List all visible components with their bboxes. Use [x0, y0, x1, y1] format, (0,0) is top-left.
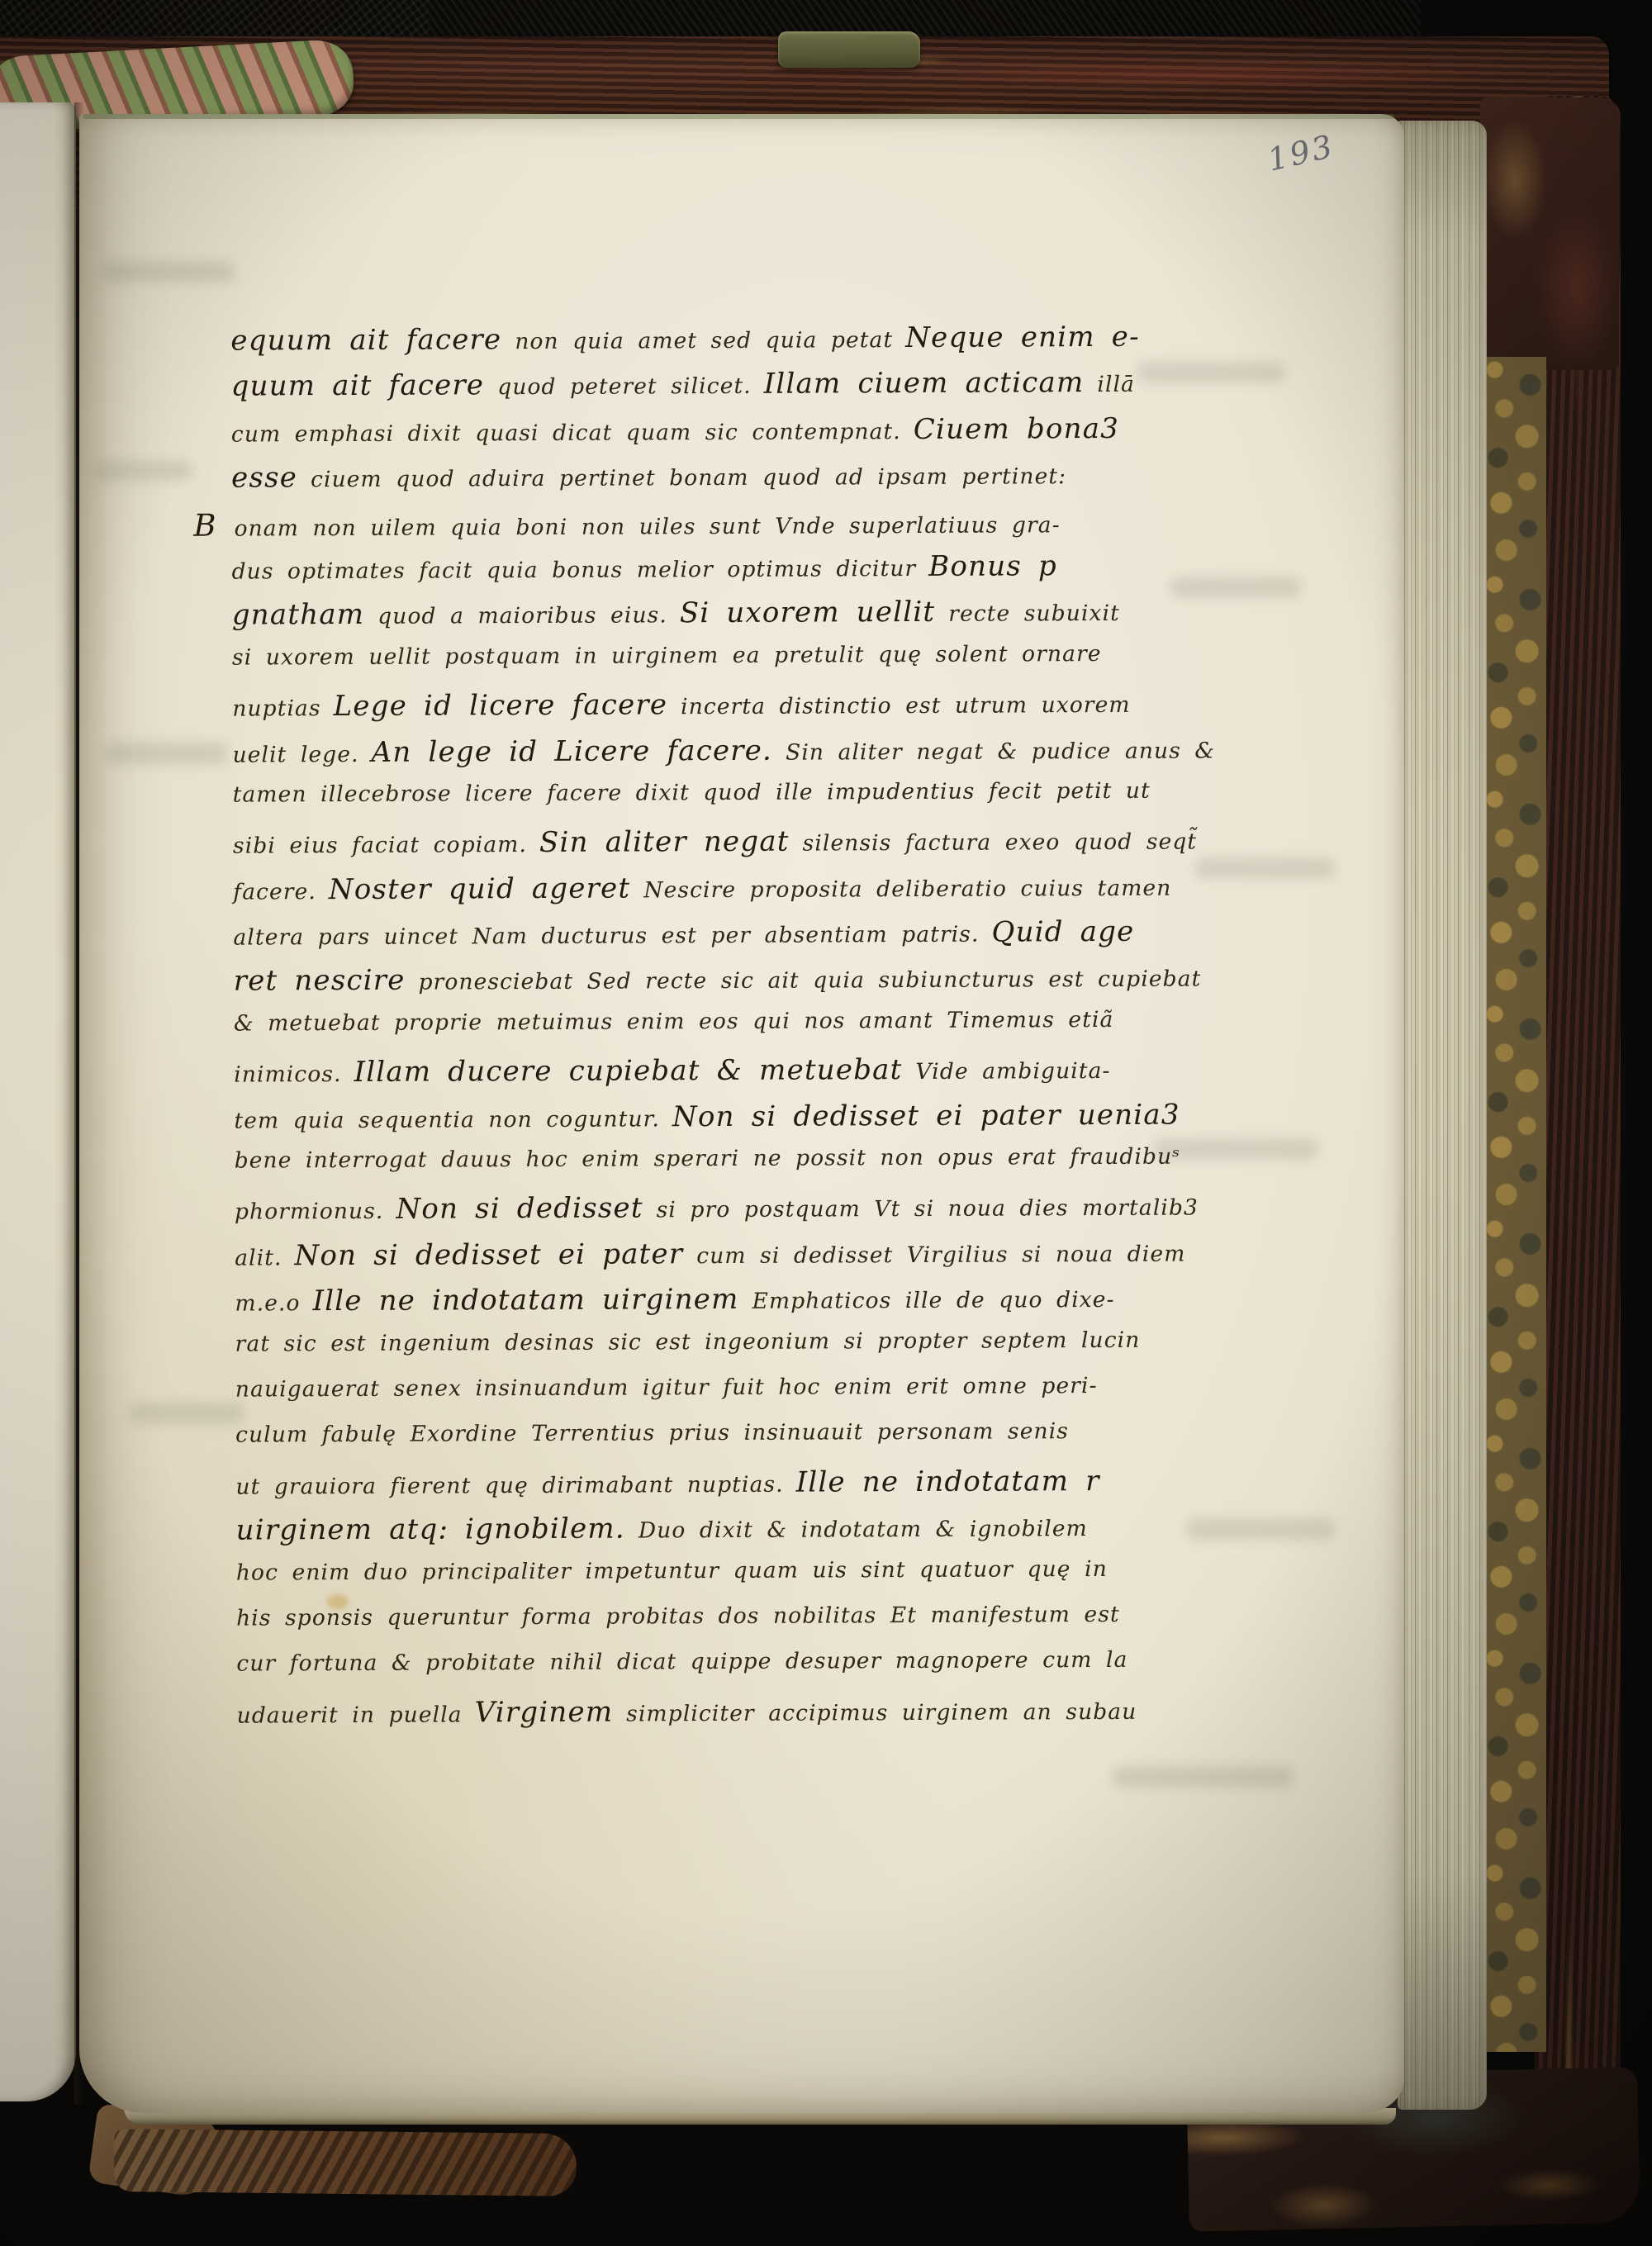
manuscript-line: gnathamquod a maioribus eius.Si uxorem u… — [232, 595, 1207, 645]
manuscript-lemma-text: Ille ne indotatam r — [796, 1465, 1100, 1499]
manuscript-lemma-text: Si uxorem uellit — [680, 596, 936, 629]
marbled-board-edge — [1482, 357, 1546, 2052]
manuscript-photograph: 193 equum ait facerenon quia amet sed qu… — [0, 0, 1652, 2246]
manuscript-gloss-text: culum fabulę Exordine Terrentius prius i… — [235, 1419, 1069, 1448]
manuscript-line: tamen illecebrose licere facere dixit qu… — [233, 777, 1208, 828]
manuscript-line: ut grauiora fierent quę dirimabant nupti… — [235, 1464, 1210, 1514]
page-stack-fore-edge — [1398, 121, 1487, 2110]
manuscript-line: ret nescirepronesciebat Sed recte sic ai… — [234, 961, 1208, 1011]
manuscript-lemma-text: Non si dedisset ei pater uenia3 — [672, 1098, 1180, 1133]
show-through-smudge — [104, 742, 228, 765]
folio-number: 193 — [1264, 122, 1360, 178]
manuscript-gloss-text: tem quia sequentia non coguntur. — [234, 1106, 660, 1133]
manuscript-line: quum ait facerequod peteret silicet.Illa… — [231, 366, 1206, 416]
manuscript-gloss-text: recte subuixit — [948, 601, 1120, 627]
manuscript-gloss-text: si pro postquam Vt si noua dies mortalib… — [657, 1195, 1199, 1223]
manuscript-gloss-text: cum si dedisset Virgilius si noua diem — [696, 1241, 1185, 1269]
manuscript-text: equum ait facerenon quia amet sed quia p… — [230, 320, 1211, 1742]
manuscript-line: cum emphasi dixit quasi dicat quam sic c… — [231, 411, 1206, 462]
manuscript-line: rat sic est ingenium desinas sic est ing… — [235, 1327, 1210, 1377]
show-through-smudge — [1194, 857, 1335, 879]
manuscript-lemma-text: ret nescire — [234, 964, 406, 998]
manuscript-gloss-text: dus optimates facit quia bonus melior op… — [231, 556, 916, 585]
manuscript-line: culum fabulę Exordine Terrentius prius i… — [235, 1418, 1210, 1469]
manuscript-gloss-text: inimicos. — [234, 1061, 341, 1088]
manuscript-line: bene interrogat dauus hoc enim sperari n… — [235, 1143, 1209, 1194]
manuscript-gloss-text: si uxorem uellit postquam in uirginem ea… — [232, 641, 1102, 671]
manuscript-gloss-text: incerta distinctio est utrum uxorem — [681, 692, 1131, 719]
manuscript-gloss-text: nuptias — [232, 696, 320, 721]
show-through-smudge — [1112, 1766, 1294, 1788]
manuscript-gloss-text: hoc enim duo principaliter impetuntur qu… — [236, 1556, 1108, 1586]
manuscript-lemma-text: Non si dedisset ei pater — [294, 1237, 683, 1272]
manuscript-gloss-text: ciuem quod aduira pertinet bonam quod ad… — [311, 463, 1066, 492]
manuscript-lemma-text: quum ait facere — [231, 369, 485, 403]
manuscript-line: uelit lege.An lege id Licere facere.Sin … — [232, 732, 1207, 782]
manuscript-lemma-text: Virginem — [475, 1695, 614, 1729]
manuscript-line: equum ait facerenon quia amet sed quia p… — [230, 320, 1205, 370]
manuscript-gloss-text: his sponsis queruntur forma probitas dos… — [236, 1602, 1120, 1631]
manuscript-gloss-text: nauigauerat senex insinuandum igitur fui… — [235, 1373, 1098, 1403]
cover-fore-edge-leather — [1535, 96, 1621, 2204]
manuscript-gloss-text: alit. — [235, 1245, 282, 1270]
manuscript-line: facere.Noster quid ageretNescire proposi… — [233, 869, 1208, 919]
manuscript-page: 193 equum ait facerenon quia amet sed qu… — [79, 114, 1404, 2113]
manuscript-line: his sponsis queruntur forma probitas dos… — [236, 1601, 1211, 1651]
manuscript-gloss-text: silensis factura exeo quod seqt̃ — [803, 829, 1198, 857]
manuscript-gloss-text: & metuebat proprie metuimus enim eos qui… — [234, 1007, 1114, 1037]
manuscript-line: altera pars uincet Nam ducturus est per … — [233, 915, 1208, 966]
manuscript-gloss-text: Emphaticos ille de quo dixe- — [752, 1287, 1114, 1314]
manuscript-gloss-text: phormionus. — [235, 1199, 384, 1225]
manuscript-line: nauigauerat senex insinuandum igitur fui… — [235, 1372, 1210, 1422]
manuscript-line: esseciuem quod aduira pertinet bonam quo… — [231, 458, 1206, 508]
cover-top-corner-leather — [1480, 97, 1619, 370]
manuscript-gloss-text: bene interrogat dauus hoc enim sperari n… — [235, 1144, 1181, 1174]
show-through-smudge — [102, 261, 235, 283]
manuscript-gloss-text: simpliciter accipimus uirginem an subau — [626, 1699, 1137, 1727]
manuscript-lemma-text: Lege id licere facere — [334, 688, 668, 723]
manuscript-gloss-text: ut grauiora fierent quę dirimabant nupti… — [235, 1471, 783, 1499]
manuscript-gloss-text: Duo dixit & indotatam & ignobilem — [638, 1516, 1088, 1543]
manuscript-lemma-text: An lege id Licere facere. — [372, 734, 773, 768]
manuscript-line: phormionus.Non si dedissetsi pro postqua… — [235, 1189, 1209, 1240]
manuscript-lemma-text: Neque enim e- — [905, 321, 1140, 354]
manuscript-gloss-text: Sin aliter negat & pudice anus & — [786, 738, 1215, 765]
manuscript-gloss-text: non quia amet sed quia petat — [515, 327, 893, 354]
manuscript-line: cur fortuna & probitate nihil dicat quip… — [236, 1647, 1211, 1698]
manuscript-gloss-text: tamen illecebrose licere facere dixit qu… — [233, 778, 1151, 808]
manuscript-gloss-text: Vide ambiguita- — [915, 1058, 1110, 1085]
manuscript-line: alit.Non si dedisset ei patercum si dedi… — [235, 1235, 1209, 1285]
manuscript-lemma-text: uirginem atq: ignobilem. — [236, 1512, 625, 1547]
manuscript-gloss-text: m.e.o — [235, 1290, 300, 1316]
facing-page-sliver — [0, 102, 76, 2101]
manuscript-gloss-text: quod a maioribus eius. — [377, 603, 667, 630]
manuscript-line: inimicos.Illam ducere cupiebat & metueba… — [234, 1052, 1208, 1103]
manuscript-gloss-text: altera pars uincet Nam ducturus est per … — [233, 922, 979, 951]
binding-bottom-leather-left — [114, 2129, 577, 2196]
manuscript-lemma-text: Non si dedisset — [396, 1192, 643, 1226]
clasp-remnant — [778, 31, 920, 68]
manuscript-line: sibi eius faciat copiam.Sin aliter negat… — [233, 824, 1208, 874]
manuscript-gloss-text: sibi eius faciat copiam. — [233, 832, 527, 859]
manuscript-gloss-text: uelit lege. — [232, 741, 358, 767]
manuscript-lemma-text: Noster quid ageret — [329, 871, 631, 906]
show-through-smudge — [129, 1403, 244, 1424]
manuscript-line: dus optimates facit quia bonus melior op… — [231, 548, 1206, 599]
manuscript-line: tem quia sequentia non coguntur.Non si d… — [234, 1098, 1208, 1148]
manuscript-line: hoc enim duo principaliter impetuntur qu… — [236, 1555, 1211, 1606]
manuscript-line: m.e.oIlle ne indotatam uirginemEmphatico… — [235, 1281, 1209, 1332]
show-through-smudge — [94, 461, 193, 481]
manuscript-line: nuptiasLege id licere facereincerta dist… — [232, 686, 1207, 737]
manuscript-line: Bonam non uilem quia boni non uiles sunt… — [231, 503, 1206, 553]
manuscript-lemma-text: esse — [231, 461, 297, 494]
manuscript-lemma-text: gnatham — [232, 598, 365, 632]
manuscript-gloss-text: onam non uilem quia boni non uiles sunt … — [234, 512, 1060, 541]
manuscript-gloss-text: Nescire proposita deliberatio cuius tame… — [643, 875, 1171, 903]
manuscript-lemma-text: Illam ciuem acticam — [764, 366, 1085, 401]
manuscript-lemma-text: Bonus p — [928, 549, 1057, 583]
manuscript-gloss-text: cum emphasi dixit quasi dicat quam sic c… — [231, 419, 901, 448]
manuscript-lemma-text: Sin aliter negat — [539, 825, 790, 859]
manuscript-gloss-text: facere. — [233, 879, 316, 905]
manuscript-line: si uxorem uellit postquam in uirginem ea… — [232, 640, 1207, 691]
manuscript-gloss-text: illā — [1097, 372, 1135, 397]
manuscript-gloss-text: cur fortuna & probitate nihil dicat quip… — [236, 1647, 1127, 1677]
manuscript-line: & metuebat proprie metuimus enim eos qui… — [234, 1006, 1208, 1057]
manuscript-lemma-text: Quid age — [991, 915, 1134, 949]
manuscript-initial-text: B — [193, 507, 216, 543]
manuscript-line: uirginem atq: ignobilem.Duo dixit & indo… — [236, 1510, 1211, 1560]
manuscript-gloss-text: udauerit in puella — [237, 1702, 463, 1728]
manuscript-gloss-text: quod peteret silicet. — [497, 373, 752, 400]
manuscript-lemma-text: equum ait facere — [230, 323, 501, 357]
manuscript-lemma-text: Illam ducere cupiebat & metuebat — [354, 1053, 902, 1089]
manuscript-gloss-text: rat sic est ingenium desinas sic est ing… — [235, 1327, 1141, 1356]
manuscript-line: udauerit in puellaVirginemsimpliciter ac… — [237, 1693, 1212, 1743]
manuscript-gloss-text: pronesciebat Sed recte sic ait quia subi… — [418, 966, 1201, 995]
manuscript-lemma-text: Ciuem bona3 — [914, 412, 1119, 446]
manuscript-lemma-text: Ille ne indotatam uirginem — [312, 1283, 738, 1318]
